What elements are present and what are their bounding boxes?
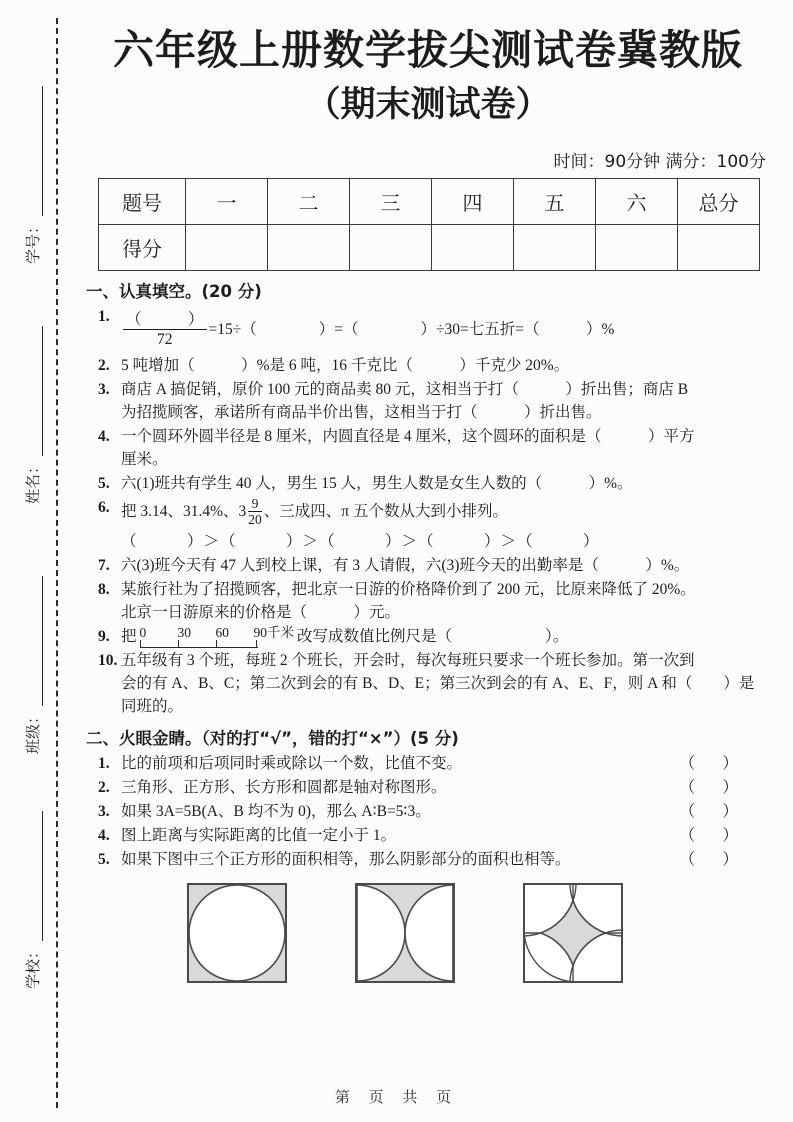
scale-tick-label: 90千米 xyxy=(254,625,295,640)
scale-tick-label: 60 xyxy=(216,625,254,640)
question-number: 9. xyxy=(98,625,121,648)
student-name-label: 姓名： xyxy=(22,459,43,504)
section2-heading: 二、火眼金睛。（对的打“√”，错的打“×”）(5 分) xyxy=(86,727,770,751)
fraction: 9 20 xyxy=(248,496,262,527)
answer-bracket: （ ） xyxy=(674,824,770,847)
question-8: 8. 某旅行社为了招揽顾客，把北京一日游的价格降价到了 200 元，比原来降低了… xyxy=(98,578,770,624)
question-text: 5 吨增加（ ）%是 6 吨，16 千克比（ ）千克少 20%。 xyxy=(121,354,770,377)
scale-tick-label: 0 xyxy=(140,625,178,640)
question-2: 2. 5 吨增加（ ）%是 6 吨，16 千克比（ ）千克少 20%。 xyxy=(98,354,770,377)
score-cell xyxy=(432,225,514,271)
question-3: 3. 商店 A 搞促销，原价 100 元的商品卖 80 元，这相当于打（ ）折出… xyxy=(98,378,770,424)
map-scale-bar: 0 30 60 90千米 xyxy=(140,625,295,648)
judge-question-2: 2. 三角形、正方形、长方形和圆都是轴对称图形。 （ ） xyxy=(98,776,770,799)
question-10: 10. 五年级有 3 个班，每班 2 个班长，开会时，每次每班只要求一个班长参加… xyxy=(98,649,770,718)
question-7: 7. 六(3)班今天有 47 人到校上课，有 3 人请假，六(3)班今天的出勤率… xyxy=(98,554,770,577)
fraction: （ ） 72 xyxy=(123,310,207,349)
question-1: 1. （ ） 72 =15÷（ ）=（ ）÷30=七五折=（ ）% xyxy=(98,305,770,353)
question-text: 比的前项和后项同时乘或除以一个数，比值不变。 xyxy=(121,752,674,775)
question-text: 把 3.14、31.4%、3 xyxy=(121,500,246,523)
score-col-5: 五 xyxy=(514,179,596,225)
score-col-3: 三 xyxy=(350,179,432,225)
question-body: 某旅行社为了招揽顾客，把北京一日游的价格降价到了 200 元，比原来降低了 20… xyxy=(121,578,770,624)
question-body: 一个圆环外圆半径是 8 厘米，内圆直径是 4 厘米，这个圆环的面积是（ ）平方 … xyxy=(121,425,770,471)
fraction-numerator: 9 xyxy=(248,496,262,512)
question-6: 6. 把 3.14、31.4%、3 9 20 、三成四、π 五个数从大到小排列。… xyxy=(98,496,770,553)
question-body: 六(3)班今天有 47 人到校上课，有 3 人请假，六(3)班今天的出勤率是（ … xyxy=(121,554,770,577)
page-subtitle: （期末测试卷） xyxy=(86,85,770,125)
student-id-label: 学号： xyxy=(22,219,43,264)
question-text: 北京一日游原来的价格是（ ）元。 xyxy=(121,601,770,624)
question-body: 5 吨增加（ ）%是 6 吨，16 千克比（ ）千克少 20%。 xyxy=(121,354,770,377)
score-col-2: 二 xyxy=(268,179,350,225)
time-score-info: 时间：90分钟 满分：100分 xyxy=(86,147,770,172)
quarter-circles-star-figure xyxy=(522,883,624,983)
question-number: 4. xyxy=(98,824,121,847)
question-number: 3. xyxy=(98,800,121,823)
question-text: 五年级有 3 个班，每班 2 个班长，开会时，每次每班只要求一个班长参加。第一次… xyxy=(121,649,770,672)
question-body: 五年级有 3 个班，每班 2 个班长，开会时，每次每班只要求一个班长参加。第一次… xyxy=(121,649,770,718)
question-text: 会的有 A、B、C；第二次到会的有 B、D、E；第三次到会的有 A、E、F，则 … xyxy=(121,672,770,695)
section2-questions: 1. 比的前项和后项同时乘或除以一个数，比值不变。 （ ） 2. 三角形、正方形… xyxy=(86,752,770,871)
question-body: 商店 A 搞促销，原价 100 元的商品卖 80 元，这相当于打（ ）折出售；商… xyxy=(121,378,770,424)
question-number: 5. xyxy=(98,472,121,495)
score-cell xyxy=(186,225,268,271)
ordering-answer-blanks: （ ）＞（ ）＞（ ）＞（ ）＞（ ） xyxy=(121,530,770,553)
question-number: 10. xyxy=(98,649,121,718)
score-col-4: 四 xyxy=(432,179,514,225)
fraction-denominator: 72 xyxy=(123,330,207,349)
question-number: 1. xyxy=(98,752,121,775)
question-text: 为招揽顾客，承诺所有商品半价出售，这相当于打（ ）折出售。 xyxy=(121,401,770,424)
class-blank-line xyxy=(27,576,43,706)
question-text: =15÷（ ）=（ ）÷30=七五折=（ ）% xyxy=(209,318,615,341)
answer-bracket: （ ） xyxy=(674,752,770,775)
school-blank-line xyxy=(27,811,43,941)
question-text: 如果下图中三个正方形的面积相等，那么阴影部分的面积也相等。 xyxy=(121,848,674,871)
score-table: 题号 一 二 三 四 五 六 总分 得分 xyxy=(98,178,760,271)
question-text: 一个圆环外圆半径是 8 厘米，内圆直径是 4 厘米，这个圆环的面积是（ ）平方 xyxy=(121,425,770,448)
score-row-label: 得分 xyxy=(99,225,186,271)
question-number: 3. xyxy=(98,378,121,424)
question-text: 、三成四、π 五个数从大到小排列。 xyxy=(264,500,508,523)
score-cell xyxy=(514,225,596,271)
question-number: 7. xyxy=(98,554,121,577)
question-9: 9. 把 0 30 60 90千米 改写成数值比例尺是（ ）。 xyxy=(98,625,770,648)
score-table-corner: 题号 xyxy=(99,179,186,225)
judge-question-3: 3. 如果 3A=5B(A、B 均不为 0)，那么 A∶B=5∶3。 （ ） xyxy=(98,800,770,823)
fraction-numerator-blank: （ ） xyxy=(123,310,207,330)
question-number: 2. xyxy=(98,354,121,377)
fraction-denominator: 20 xyxy=(248,512,262,527)
student-id-blank-line xyxy=(27,86,43,216)
question-text: 改写成数值比例尺是（ ）。 xyxy=(297,625,568,648)
school-label: 学校： xyxy=(22,944,43,989)
student-name-blank-line xyxy=(27,326,43,456)
question-text: 厘米。 xyxy=(121,448,770,471)
question-body: 六(1)班共有学生 40 人，男生 15 人，男生人数是女生人数的（ ）%。 xyxy=(121,472,770,495)
scale-tick-label: 30 xyxy=(178,625,216,640)
shaded-area-figures xyxy=(86,883,770,983)
question-body: 把 0 30 60 90千米 改写成数值比例尺是（ ）。 xyxy=(121,625,770,648)
score-col-6: 六 xyxy=(596,179,678,225)
answer-bracket: （ ） xyxy=(674,848,770,871)
question-text: 六(1)班共有学生 40 人，男生 15 人，男生人数是女生人数的（ ）%。 xyxy=(121,472,770,495)
answer-bracket: （ ） xyxy=(674,800,770,823)
question-text: 商店 A 搞促销，原价 100 元的商品卖 80 元，这相当于打（ ）折出售；商… xyxy=(121,378,770,401)
question-body: （ ） 72 =15÷（ ）=（ ）÷30=七五折=（ ）% xyxy=(121,305,770,353)
judge-question-1: 1. 比的前项和后项同时乘或除以一个数，比值不变。 （ ） xyxy=(98,752,770,775)
question-5: 5. 六(1)班共有学生 40 人，男生 15 人，男生人数是女生人数的（ ）%… xyxy=(98,472,770,495)
page-footer: 第 页 共 页 xyxy=(0,1086,793,1107)
score-col-total: 总分 xyxy=(678,179,760,225)
circle-in-square-figure xyxy=(186,883,288,983)
question-number: 1. xyxy=(98,305,121,353)
question-number: 4. xyxy=(98,425,121,471)
score-cell xyxy=(678,225,760,271)
question-text: 六(3)班今天有 47 人到校上课，有 3 人请假，六(3)班今天的出勤率是（ … xyxy=(121,554,770,577)
semicircles-in-square-figure xyxy=(354,883,456,983)
question-number: 2. xyxy=(98,776,121,799)
class-field: 班级： xyxy=(17,576,43,754)
page-title: 六年级上册数学拔尖测试卷冀教版 xyxy=(86,26,770,75)
question-number: 6. xyxy=(98,496,121,553)
question-text: 某旅行社为了招揽顾客，把北京一日游的价格降价到了 200 元，比原来降低了 20… xyxy=(121,578,770,601)
question-text: 三角形、正方形、长方形和圆都是轴对称图形。 xyxy=(121,776,674,799)
class-label: 班级： xyxy=(22,709,43,754)
question-text: 图上距离与实际距离的比值一定小于 1。 xyxy=(121,824,674,847)
question-number: 8. xyxy=(98,578,121,624)
question-text: 如果 3A=5B(A、B 均不为 0)，那么 A∶B=5∶3。 xyxy=(121,800,674,823)
test-paper: 六年级上册数学拔尖测试卷冀教版 （期末测试卷） 时间：90分钟 满分：100分 … xyxy=(86,0,770,983)
score-col-1: 一 xyxy=(186,179,268,225)
question-body: 把 3.14、31.4%、3 9 20 、三成四、π 五个数从大到小排列。 （ … xyxy=(121,496,770,553)
score-cell xyxy=(596,225,678,271)
question-number: 5. xyxy=(98,848,121,871)
score-table-header-row: 题号 一 二 三 四 五 六 总分 xyxy=(99,179,760,225)
scale-bar-line xyxy=(140,640,258,648)
score-cell xyxy=(268,225,350,271)
question-text: 同班的。 xyxy=(121,695,770,718)
question-text: 把 xyxy=(121,625,137,648)
answer-bracket: （ ） xyxy=(674,776,770,799)
judge-question-4: 4. 图上距离与实际距离的比值一定小于 1。 （ ） xyxy=(98,824,770,847)
score-table-score-row: 得分 xyxy=(99,225,760,271)
scale-tick-labels: 0 30 60 90千米 xyxy=(140,625,295,640)
score-cell xyxy=(350,225,432,271)
question-4: 4. 一个圆环外圆半径是 8 厘米，内圆直径是 4 厘米，这个圆环的面积是（ ）… xyxy=(98,425,770,471)
student-id-field: 学号： xyxy=(17,86,43,264)
judge-question-5: 5. 如果下图中三个正方形的面积相等，那么阴影部分的面积也相等。 （ ） xyxy=(98,848,770,871)
seal-dashed-line xyxy=(56,18,58,1108)
section1-heading: 一、认真填空。(20 分) xyxy=(86,280,770,304)
section1-questions: 1. （ ） 72 =15÷（ ）=（ ）÷30=七五折=（ ）% 2. 5 吨… xyxy=(86,305,770,718)
question-text-with-fraction: 把 3.14、31.4%、3 9 20 、三成四、π 五个数从大到小排列。 xyxy=(121,496,508,527)
school-field: 学校： xyxy=(17,811,43,989)
student-name-field: 姓名： xyxy=(17,326,43,504)
